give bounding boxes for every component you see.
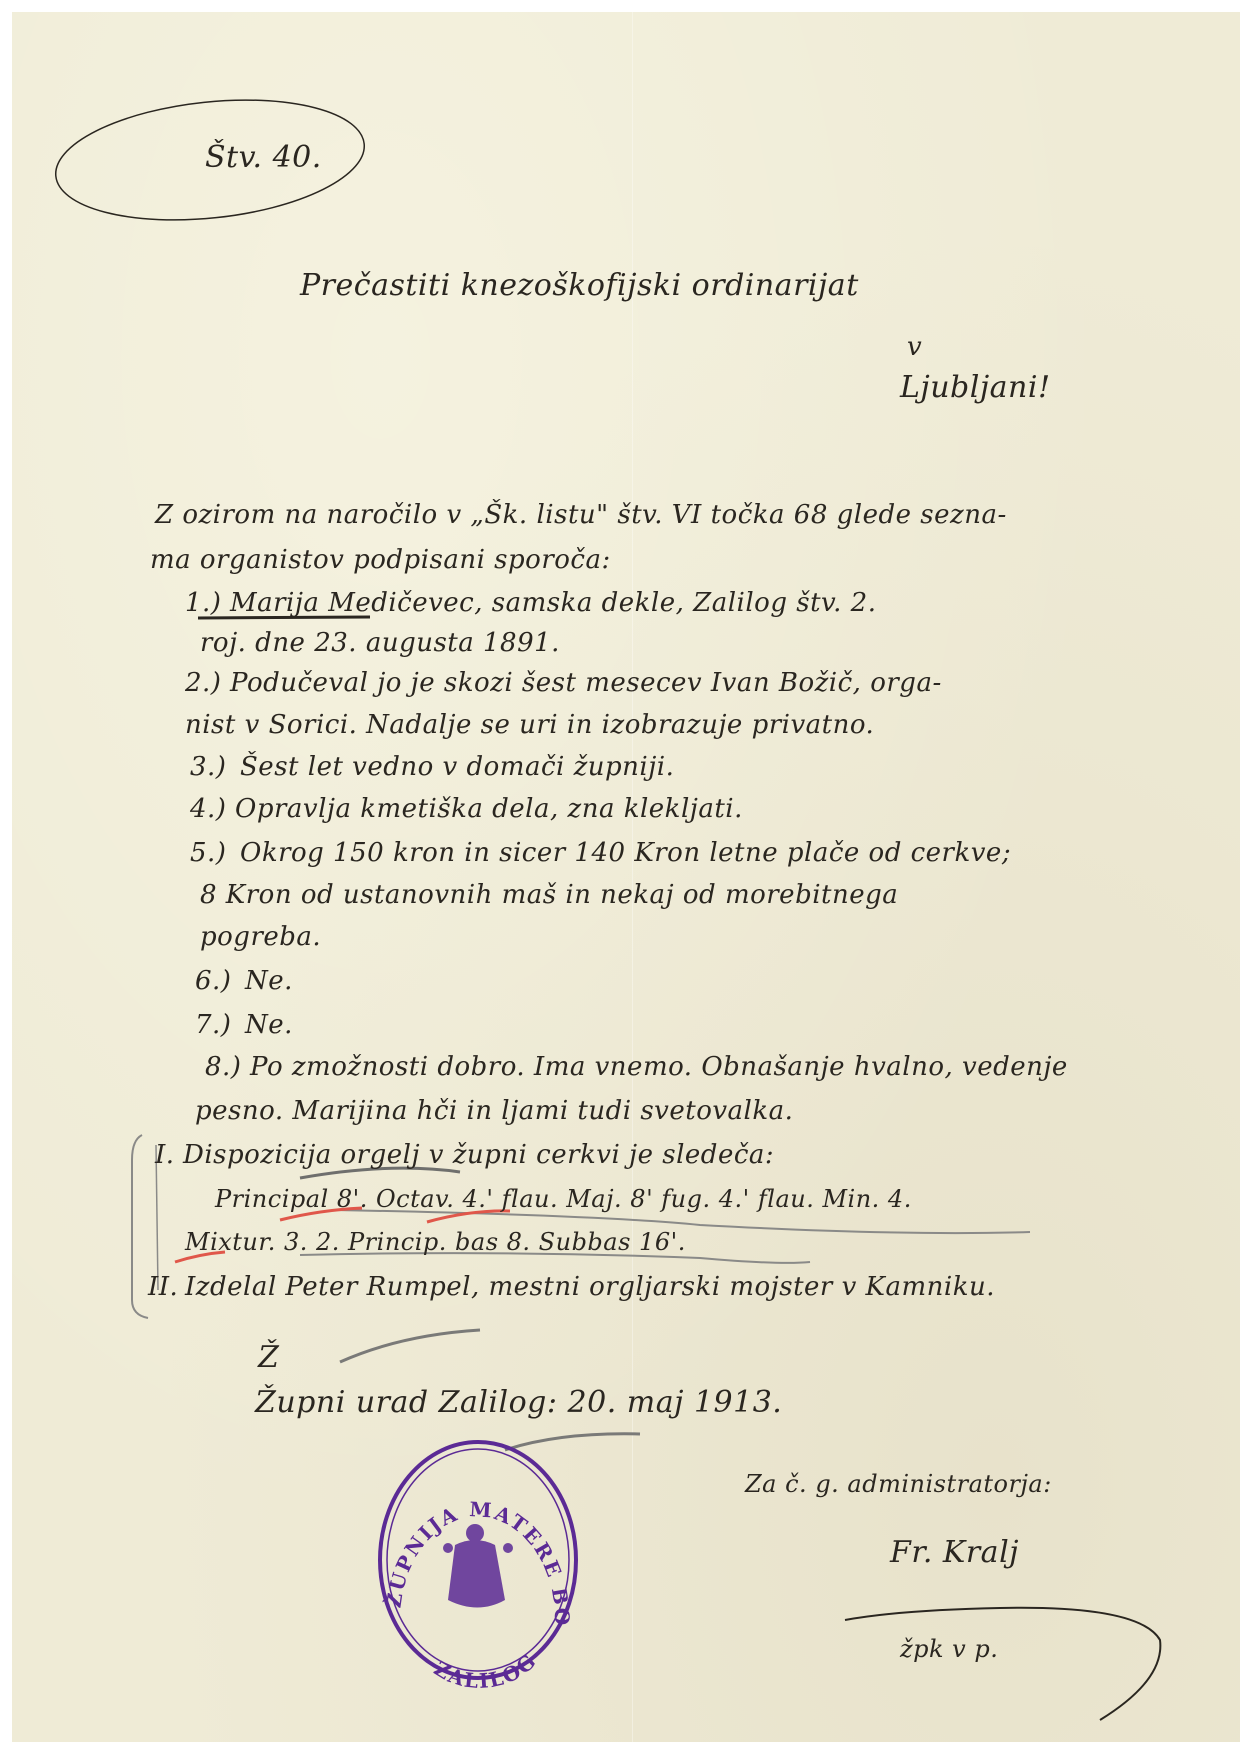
parish-stamp: ŽUPNIJA MATERE BOŽJE ZALILOG (0, 0, 1252, 1754)
stamp-text-top: ŽUPNIJA MATERE BOŽJE (0, 0, 574, 1627)
stamp-text-bottom: ZALILOG (430, 1648, 542, 1693)
madonna-figure-icon (443, 1524, 513, 1608)
